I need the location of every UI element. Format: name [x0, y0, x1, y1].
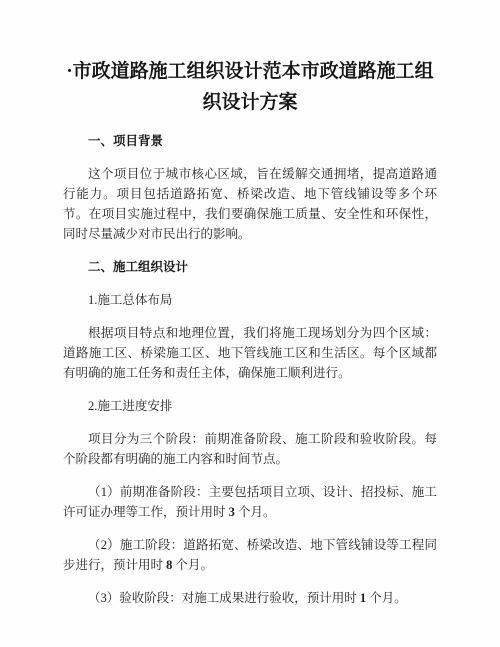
section-heading-project-background: 一、项目背景 — [63, 131, 437, 151]
section-heading-construction-organization: 二、施工组织设计 — [63, 257, 437, 277]
paragraph-project-background: 这个项目位于城市核心区域，旨在缓解交通拥堵，提高道路通行能力。项目包括道路拓宽、… — [63, 164, 437, 244]
paragraph-phase-2-construction: （2）施工阶段：道路拓宽、桥梁改造、地下管线铺设等工程同步进行，预计用时 8 个… — [63, 535, 437, 575]
document-page: ·市政道路施工组织设计范本市政道路施工组织设计方案 一、项目背景 这个项目位于城… — [0, 0, 500, 647]
subheading-overall-layout: 1.施工总体布局 — [63, 290, 437, 310]
paragraph-phase-1-preparation: （1）前期准备阶段：主要包括项目立项、设计、招投标、施工许可证办理等工作，预计用… — [63, 482, 437, 522]
paragraph-schedule-overview: 项目分为三个阶段：前期准备阶段、施工阶段和验收阶段。每个阶段都有明确的施工内容和… — [63, 429, 437, 469]
paragraph-phase-3-acceptance: （3）验收阶段：对施工成果进行验收，预计用时 1 个月。 — [63, 588, 437, 608]
paragraph-overall-layout: 根据项目特点和地理位置，我们将施工现场划分为四个区域：道路施工区、桥梁施工区、地… — [63, 323, 437, 383]
document-title: ·市政道路施工组织设计范本市政道路施工组织设计方案 — [63, 56, 437, 118]
subheading-schedule: 2.施工进度安排 — [63, 396, 437, 416]
